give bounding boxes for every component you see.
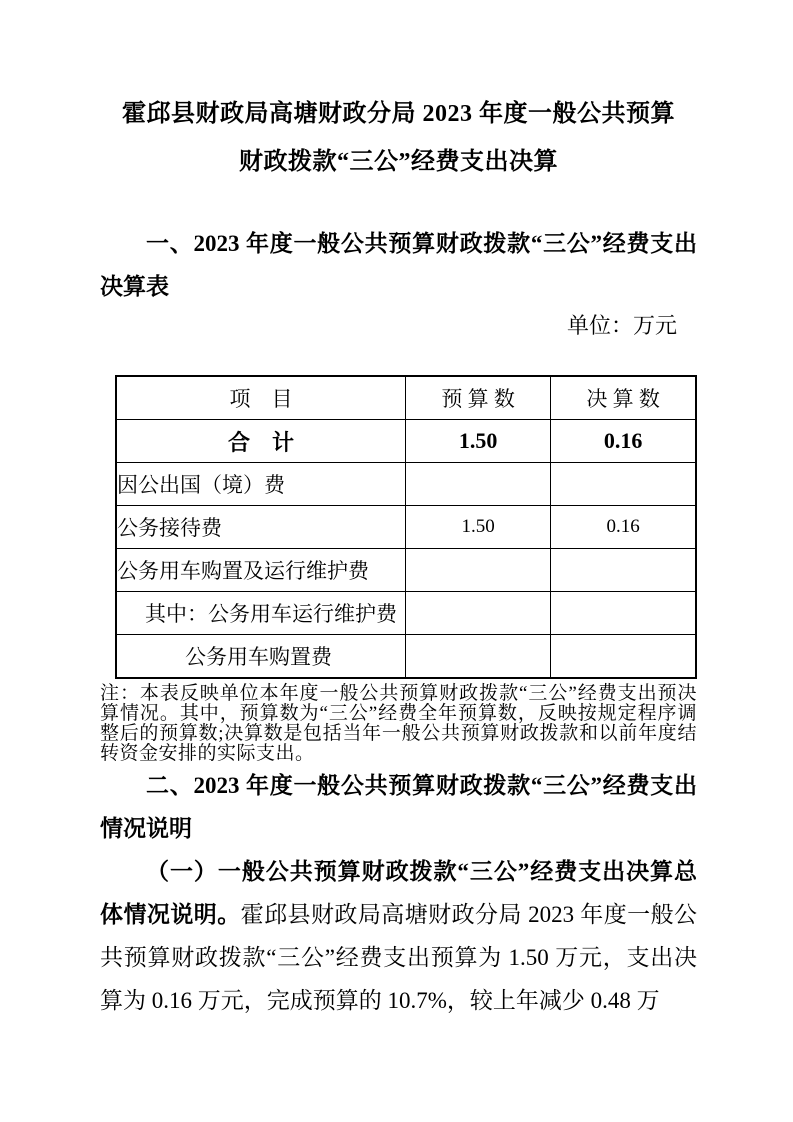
table-cell-final — [551, 592, 696, 635]
table-header-budget: 预 算 数 — [405, 376, 550, 420]
table-cell-item: 合 计 — [116, 420, 405, 463]
table-header-row: 项 目 预 算 数 决 算 数 — [116, 376, 696, 420]
table-cell-item: 公务接待费 — [116, 506, 405, 549]
table-row-vehicle-total: 公务用车购置及运行维护费 — [116, 549, 696, 592]
table-cell-item: 其中：公务用车运行维护费 — [116, 592, 405, 635]
table-row-reception: 公务接待费 1.50 0.16 — [116, 506, 696, 549]
table-cell-final — [551, 463, 696, 506]
table-row-vehicle-purchase: 公务用车购置费 — [116, 635, 696, 679]
table-cell-budget — [405, 635, 550, 679]
table-cell-item: 公务用车购置及运行维护费 — [116, 549, 405, 592]
document-title-line1: 霍邱县财政局高塘财政分局 2023 年度一般公共预算 — [122, 101, 675, 127]
table-cell-budget — [405, 549, 550, 592]
table-cell-final — [551, 549, 696, 592]
table-cell-final: 0.16 — [551, 420, 696, 463]
table-row-abroad: 因公出国（境）费 — [116, 463, 696, 506]
document-page: 霍邱县财政局高塘财政分局 2023 年度一般公共预算 财政拨款“三公”经费支出决… — [0, 0, 793, 1122]
section2-heading: 二、2023 年度一般公共预算财政拨款“三公”经费支出情况说明 — [100, 764, 697, 850]
table-note: 注：本表反映单位本年度一般公共预算财政拨款“三公”经费支出预决算情况。其中，预算… — [100, 684, 697, 764]
section2-paragraph-1: （一）一般公共预算财政拨款“三公”经费支出决算总体情况说明。霍邱县财政局高塘财政… — [100, 850, 697, 1022]
table-row-vehicle-operation: 其中：公务用车运行维护费 — [116, 592, 696, 635]
unit-note: 单位：万元 — [100, 308, 697, 344]
table-header-item: 项 目 — [116, 376, 405, 420]
document-title-line2: 财政拨款“三公”经费支出决算 — [239, 149, 558, 175]
table-cell-final — [551, 635, 696, 679]
table-cell-budget — [405, 592, 550, 635]
document-title: 霍邱县财政局高塘财政分局 2023 年度一般公共预算 财政拨款“三公”经费支出决… — [100, 90, 697, 186]
section1-heading: 一、2023 年度一般公共预算财政拨款“三公”经费支出决算表 — [100, 222, 697, 308]
table-row-total: 合 计 1.50 0.16 — [116, 420, 696, 463]
table-header-final: 决 算 数 — [551, 376, 696, 420]
table-cell-final: 0.16 — [551, 506, 696, 549]
table-cell-item: 公务用车购置费 — [116, 635, 405, 679]
table-cell-budget: 1.50 — [405, 420, 550, 463]
table-cell-item: 因公出国（境）费 — [116, 463, 405, 506]
three-public-expense-table: 项 目 预 算 数 决 算 数 合 计 1.50 0.16 因公出国（境）费 公… — [115, 375, 697, 679]
table-cell-budget — [405, 463, 550, 506]
table-cell-budget: 1.50 — [405, 506, 550, 549]
